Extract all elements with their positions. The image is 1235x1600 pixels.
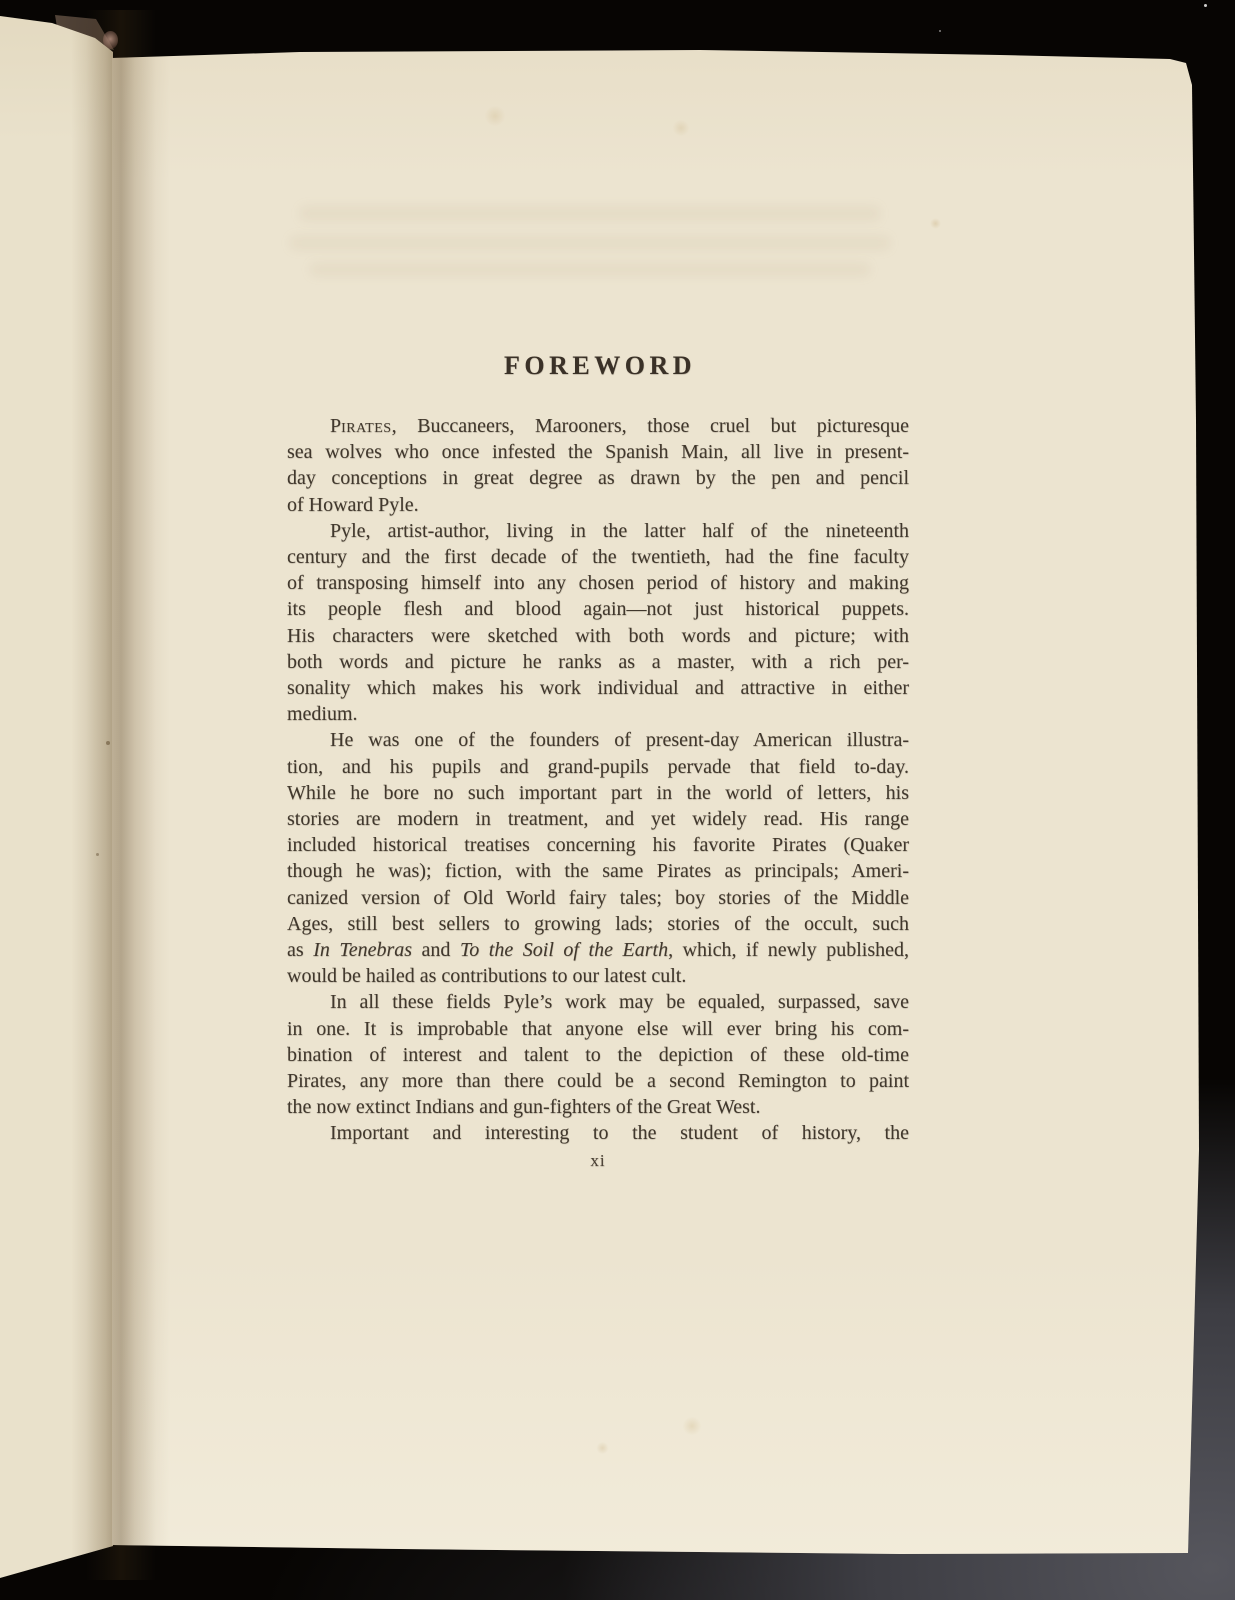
text-line: Important and interesting to the student… — [287, 1120, 909, 1146]
dust-speck — [1204, 4, 1207, 7]
text-segment: , which, if newly published, — [668, 939, 909, 961]
text-block: FOREWORD Pirates, Buccaneers, Marooners,… — [287, 350, 909, 1171]
text-segment: P — [330, 415, 341, 437]
text-line: Pirates, any more than there could be a … — [287, 1068, 909, 1094]
text-line: century and the first decade of the twen… — [287, 544, 909, 570]
text-line: sonality which makes his work individual… — [287, 675, 909, 701]
text-line: both words and picture he ranks as a mas… — [287, 649, 909, 675]
text-segment: both words and picture he ranks as a mas… — [287, 651, 909, 673]
text-segment: century and the first decade of the twen… — [287, 546, 909, 568]
text-segment: canized version of Old World fairy tales… — [287, 887, 909, 909]
text-segment: and — [412, 939, 460, 961]
text-line: day conceptions in great degree as drawn… — [287, 465, 909, 491]
text-segment: would be hailed as contributions to our … — [287, 965, 686, 987]
text-segment-smallcaps: irates — [341, 415, 391, 437]
text-segment: sea wolves who once infested the Spanish… — [287, 441, 909, 463]
text-segment-italic: In Tenebras — [313, 939, 412, 961]
text-segment: His characters were sketched with both w… — [287, 625, 909, 647]
text-segment: included historical treatises concerning… — [287, 834, 909, 856]
text-line: stories are modern in treatment, and yet… — [287, 806, 909, 832]
page-number: xi — [287, 1151, 909, 1171]
text-line: Pirates, Buccaneers, Marooners, those cr… — [287, 413, 909, 439]
text-line: would be hailed as contributions to our … — [287, 963, 909, 989]
text-segment: He was one of the founders of present-da… — [330, 729, 909, 751]
text-segment: stories are modern in treatment, and yet… — [287, 808, 909, 830]
text-segment: Pyle, artist-author, living in the latte… — [330, 520, 909, 542]
text-line: canized version of Old World fairy tales… — [287, 885, 909, 911]
text-segment: Ages, still best sellers to growing lads… — [287, 913, 909, 935]
text-segment: Important and interesting to the student… — [330, 1122, 909, 1144]
text-line: Pyle, artist-author, living in the latte… — [287, 518, 909, 544]
text-line: He was one of the founders of present-da… — [287, 727, 909, 753]
text-segment-italic: To the Soil of the Earth — [460, 939, 668, 961]
text-line: tion, and his pupils and grand-pupils pe… — [287, 754, 909, 780]
text-segment: the now extinct Indians and gun-fighters… — [287, 1096, 760, 1118]
text-line: of transposing himself into any chosen p… — [287, 570, 909, 596]
text-segment: Pirates, any more than there could be a … — [287, 1070, 909, 1092]
text-line: Ages, still best sellers to growing lads… — [287, 911, 909, 937]
text-line: medium. — [287, 701, 909, 727]
text-segment: sonality which makes his work individual… — [287, 677, 909, 699]
text-line: included historical treatises concerning… — [287, 832, 909, 858]
text-segment: of transposing himself into any chosen p… — [287, 572, 909, 594]
text-line: His characters were sketched with both w… — [287, 623, 909, 649]
body-text: Pirates, Buccaneers, Marooners, those cr… — [287, 413, 909, 1147]
text-segment: bination of interest and talent to the d… — [287, 1044, 909, 1066]
text-line: in one. It is improbable that anyone els… — [287, 1016, 909, 1042]
text-line: though he was); fiction, with the same P… — [287, 858, 909, 884]
page-title: FOREWORD — [287, 350, 909, 382]
dust-speck — [939, 30, 941, 32]
text-line: of Howard Pyle. — [287, 492, 909, 518]
text-segment: tion, and his pupils and grand-pupils pe… — [287, 756, 909, 778]
book-page-photo: FOREWORD Pirates, Buccaneers, Marooners,… — [0, 0, 1235, 1600]
text-line: sea wolves who once infested the Spanish… — [287, 439, 909, 465]
text-line: its people flesh and blood again—not jus… — [287, 596, 909, 622]
text-segment: medium. — [287, 703, 358, 725]
text-segment: its people flesh and blood again—not jus… — [287, 598, 909, 620]
text-segment: of Howard Pyle. — [287, 494, 419, 516]
text-segment: While he bore no such important part in … — [287, 782, 909, 804]
text-line: In all these fields Pyle’s work may be e… — [287, 989, 909, 1015]
text-segment: though he was); fiction, with the same P… — [287, 860, 909, 882]
text-segment: day conceptions in great degree as drawn… — [287, 467, 909, 489]
text-segment: , Buccaneers, Marooners, those cruel but… — [392, 415, 909, 437]
text-line: bination of interest and talent to the d… — [287, 1042, 909, 1068]
text-line: the now extinct Indians and gun-fighters… — [287, 1094, 909, 1120]
text-segment: in one. It is improbable that anyone els… — [287, 1018, 909, 1040]
text-line: as In Tenebras and To the Soil of the Ea… — [287, 937, 909, 963]
text-line: While he bore no such important part in … — [287, 780, 909, 806]
text-segment: as — [287, 939, 313, 961]
text-segment: In all these fields Pyle’s work may be e… — [330, 991, 909, 1013]
facing-page-edge — [0, 0, 113, 1600]
